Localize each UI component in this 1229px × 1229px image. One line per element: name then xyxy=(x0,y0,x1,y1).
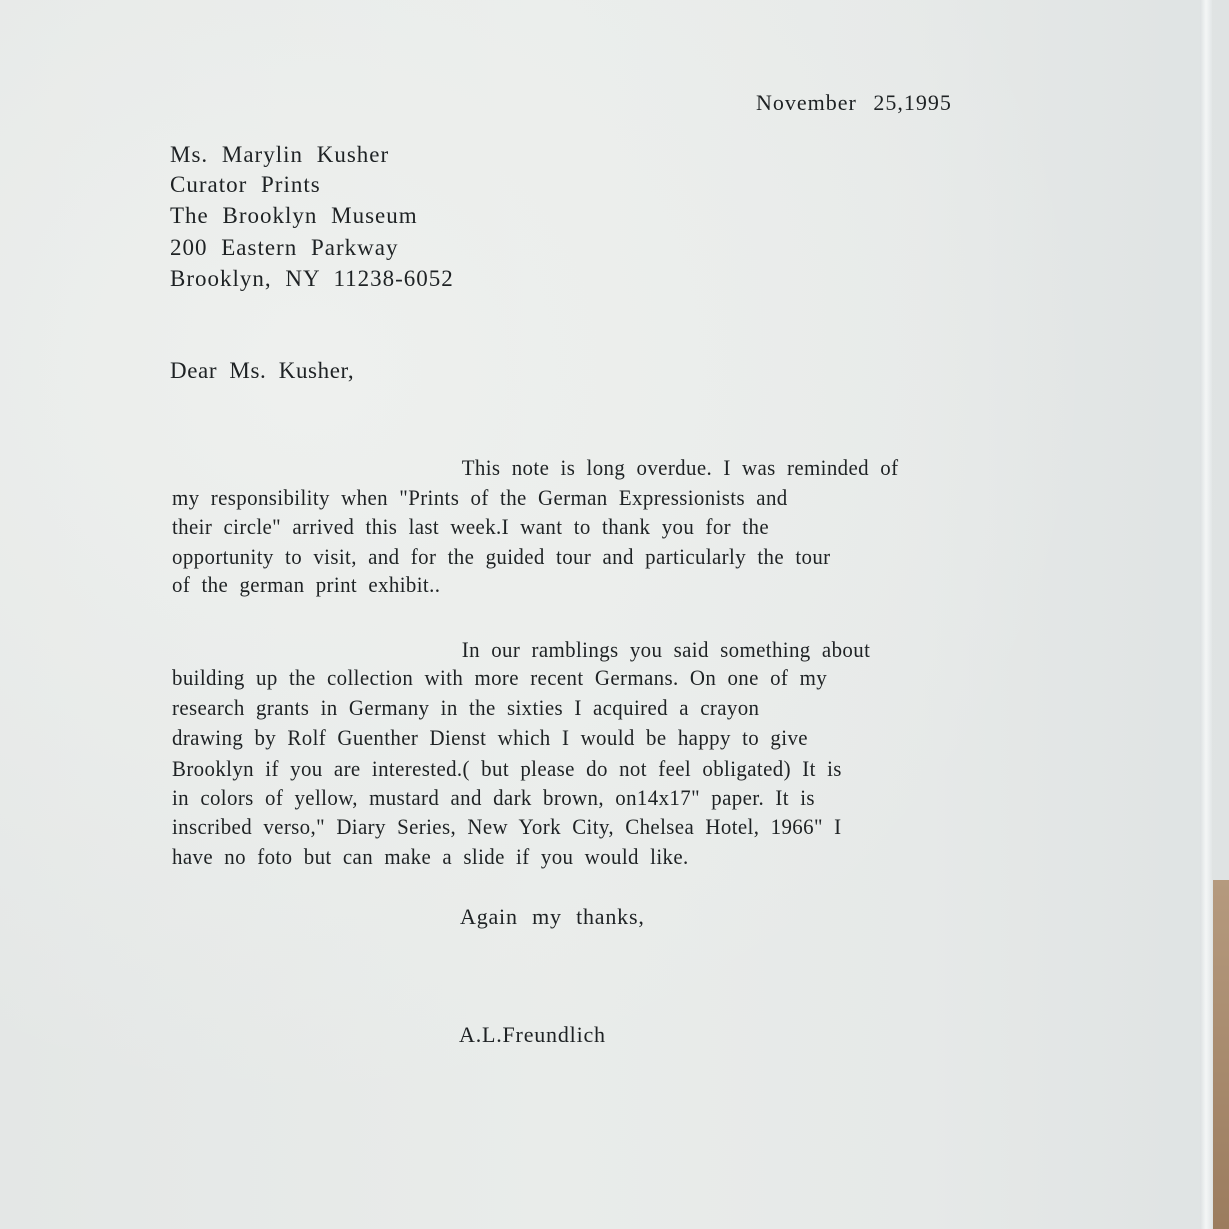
recipient-title: Curator Prints xyxy=(170,172,321,198)
paragraph-line: Brooklyn if you are interested.( but ple… xyxy=(172,756,842,782)
paragraph-line: inscribed verso," Diary Series, New York… xyxy=(172,814,842,840)
paragraph-line: my responsibility when "Prints of the Ge… xyxy=(172,485,788,511)
background-surface xyxy=(1213,880,1229,1229)
paragraph-line: This note is long overdue. I was reminde… xyxy=(462,455,899,481)
recipient-name: Ms. Marylin Kusher xyxy=(170,142,389,168)
paragraph-line: in colors of yellow, mustard and dark br… xyxy=(172,785,815,811)
paragraph-line: In our ramblings you said something abou… xyxy=(462,637,871,663)
paragraph-line: their circle" arrived this last week.I w… xyxy=(172,514,769,540)
letter-date: November 25,1995 xyxy=(756,90,952,116)
paragraph-line: have no foto but can make a slide if you… xyxy=(172,844,689,870)
signature: A.L.Freundlich xyxy=(459,1022,606,1048)
paragraph-line: research grants in Germany in the sixtie… xyxy=(172,695,759,721)
recipient-street: 200 Eastern Parkway xyxy=(170,235,398,261)
recipient-city: Brooklyn, NY 11238-6052 xyxy=(170,266,454,292)
paragraph-line: building up the collection with more rec… xyxy=(172,665,827,691)
paragraph-line: drawing by Rolf Guenther Dienst which I … xyxy=(172,725,808,751)
paragraph-line: opportunity to visit, and for the guided… xyxy=(172,544,831,570)
salutation: Dear Ms. Kusher, xyxy=(170,358,354,384)
page-edge xyxy=(1200,0,1212,1229)
closing: Again my thanks, xyxy=(460,904,645,930)
paragraph-line: of the german print exhibit.. xyxy=(172,572,440,598)
recipient-organization: The Brooklyn Museum xyxy=(170,203,418,229)
